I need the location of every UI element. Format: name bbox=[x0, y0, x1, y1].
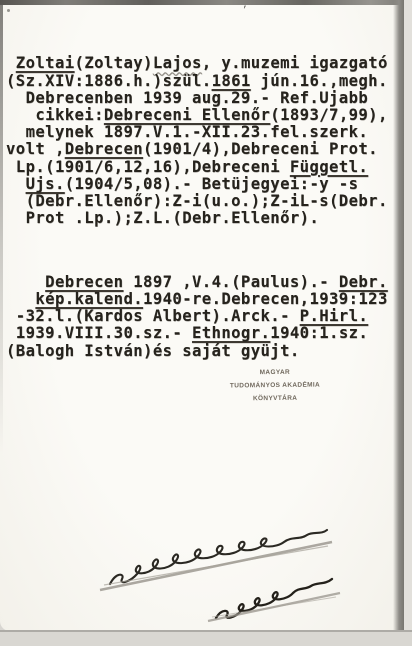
text-segment: (1893/7,99), bbox=[270, 106, 387, 124]
underlined-text: Debreceni Ellenőr bbox=[104, 106, 270, 124]
scan-margin-right bbox=[404, 0, 412, 646]
text-segment: (Debr.Ellenőr):Z-i(u.o.);Z-iL-s(Debr. bbox=[6, 192, 388, 210]
card-text-line: -32.l.(Kardos Albert).Arck.- P.Hirl. bbox=[6, 308, 402, 325]
text-segment: , y.muzemi igazgató bbox=[202, 54, 388, 72]
text-segment: volt , bbox=[6, 140, 65, 158]
text-segment bbox=[6, 290, 35, 308]
card-text-line: kép.kalend.1940-re.Debrecen,1939:123 bbox=[6, 291, 402, 308]
text-segment: 1897 ,V.4.(Paulus).- bbox=[123, 273, 338, 291]
text-segment bbox=[6, 54, 16, 72]
scan-edge-top bbox=[0, 0, 412, 5]
text-segment: jún.16.,megh. bbox=[251, 72, 388, 90]
stamp-line-3: KÖNYVTÁRA bbox=[200, 392, 350, 406]
card-text-line: Zoltai(Zoltay)Lajos, y.muzemi igazgató bbox=[6, 55, 402, 72]
text-segment bbox=[6, 175, 26, 193]
underlined-text: 1861 bbox=[212, 72, 251, 90]
text-segment: 1939.VIII.30.sz.- bbox=[6, 324, 192, 342]
underlined-text: Lajos bbox=[153, 54, 202, 72]
card-text-line: Ujs.(1904/5,08).- Betüjegyei:-y -s bbox=[6, 176, 402, 193]
text-segment: melynek 1897.V.1.-XII.23.fel.szerk. bbox=[6, 123, 368, 141]
text-segment: -32.l.(Kardos Albert).Arck.- bbox=[6, 307, 300, 325]
text-segment bbox=[6, 273, 45, 291]
underlined-text: Debrecen bbox=[45, 273, 123, 291]
card-text-line: (Balogh István)és saját gyüjt. bbox=[6, 343, 402, 360]
biography-paragraph: Zoltai(Zoltay)Lajos, y.muzemi igazgató(S… bbox=[6, 55, 402, 227]
underlined-text: Zoltai bbox=[16, 54, 75, 72]
scan-edge-left bbox=[0, 4, 3, 454]
scanned-catalog-card: Zoltai(Zoltay)Lajos, y.muzemi igazgató(S… bbox=[0, 0, 412, 646]
text-segment: Prot .Lp.);Z.L.(Debr.Ellenőr). bbox=[6, 209, 319, 227]
library-stamp: MAGYAR TUDOMÁNYOS AKADÉMIA KÖNYVTÁRA bbox=[200, 366, 350, 406]
card-text-line: (Debr.Ellenőr):Z-i(u.o.);Z-iL-s(Debr. bbox=[6, 193, 402, 210]
text-segment: 1940:1.sz. bbox=[270, 324, 368, 342]
scan-edge-right bbox=[393, 0, 404, 632]
text-segment: Debrecenben 1939 aug.29.- Ref.Ujabb bbox=[6, 89, 368, 107]
underlined-text: Debrecen bbox=[65, 140, 143, 158]
text-segment: (1904/5,08).- Betüjegyei:-y -s bbox=[65, 175, 359, 193]
text-segment: Lp.(1901/6,12,16),Debreceni bbox=[6, 158, 290, 176]
card-text-line: 1939.VIII.30.sz.- Ethnogr.1940:1.sz. bbox=[6, 325, 402, 342]
card-text-line: Debrecenben 1939 aug.29.- Ref.Ujabb bbox=[6, 90, 402, 107]
handwritten-note-crossed-out bbox=[96, 518, 351, 630]
card-text-line: Prot .Lp.);Z.L.(Debr.Ellenőr). bbox=[6, 210, 402, 227]
underlined-text: Függetl. bbox=[290, 158, 368, 176]
text-segment: (Sz.XIV:1886.h.)szül. bbox=[6, 72, 212, 90]
underlined-text: Debr. bbox=[339, 273, 388, 291]
card-text-line: Debrecen 1897 ,V.4.(Paulus).- Debr. bbox=[6, 274, 402, 291]
card-text-line: (Sz.XIV:1886.h.)szül.1861 jún.16.,megh. bbox=[6, 73, 402, 90]
card-text-line: Lp.(1901/6,12,16),Debreceni Függetl. bbox=[6, 159, 402, 176]
card-text-line: melynek 1897.V.1.-XII.23.fel.szerk. bbox=[6, 124, 402, 141]
typewritten-text: Zoltai(Zoltay)Lajos, y.muzemi igazgató(S… bbox=[6, 21, 402, 394]
text-segment: 1940-re.Debrecen,1939:123 bbox=[143, 290, 388, 308]
text-segment: (Balogh István)és saját gyüjt. bbox=[6, 342, 300, 360]
underlined-text: kép.kalend. bbox=[35, 290, 143, 308]
text-segment: (1901/4),Debreceni Prot. bbox=[143, 140, 378, 158]
underlined-text: Ujs. bbox=[26, 175, 65, 193]
paper-speck bbox=[7, 9, 10, 12]
card-text-line: volt ,Debrecen(1901/4),Debreceni Prot. bbox=[6, 141, 402, 158]
text-segment: cikkei: bbox=[6, 106, 104, 124]
references-paragraph: Debrecen 1897 ,V.4.(Paulus).- Debr. kép.… bbox=[6, 274, 402, 360]
card-text-line: cikkei:Debreceni Ellenőr(1893/7,99), bbox=[6, 107, 402, 124]
underlined-text: Ethnogr. bbox=[192, 324, 270, 342]
scan-edge-bottom bbox=[0, 630, 412, 646]
handwriting-stroke bbox=[110, 530, 327, 584]
paper-card: Zoltai(Zoltay)Lajos, y.muzemi igazgató(S… bbox=[0, 0, 404, 631]
underlined-text: P.Hirl. bbox=[300, 307, 369, 325]
text-segment: (Zoltay) bbox=[75, 54, 153, 72]
